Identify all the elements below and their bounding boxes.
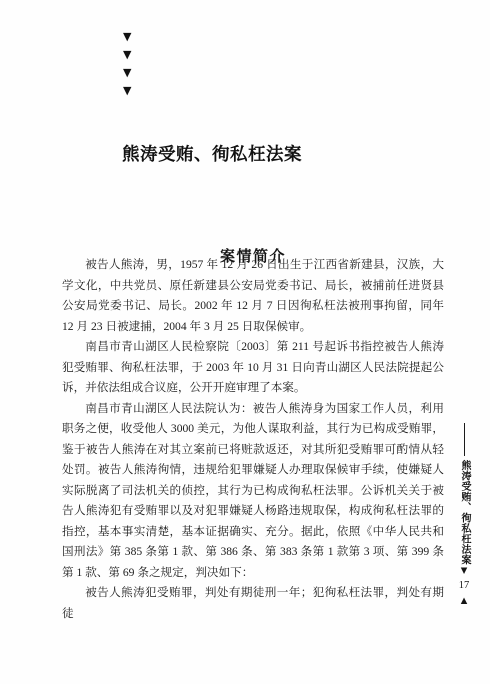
paragraph-verdict: 被告人熊涛犯受贿罪，判处有期徒刑一年；犯徇私枉法罪，判处有期徒 xyxy=(62,583,444,624)
triangle-up-icon: ▲ xyxy=(461,596,468,607)
triangle-down-icon: ▼ xyxy=(461,566,468,577)
book-page: ▼ ▼ ▼ ▼ 熊涛受贿、徇私枉法案 案情简介 被告人熊涛，男，1957 年 1… xyxy=(0,0,490,684)
triangle-down-icon: ▼ xyxy=(123,28,131,46)
paragraph-indictment: 南昌市青山湖区人民检察院〔2003〕第 211 号起诉书指控被告人熊涛犯受贿罪、… xyxy=(62,337,444,399)
triangle-down-icon: ▼ xyxy=(123,46,131,64)
triangle-down-icon: ▼ xyxy=(123,82,131,100)
chapter-marker-column: ▼ ▼ ▼ ▼ xyxy=(123,28,131,100)
case-summary-text: 被告人熊涛，男，1957 年 12 月 26 日出生于江西省新建县，汉族，大学文… xyxy=(62,255,444,624)
sidebar-rule-line xyxy=(464,423,465,456)
paragraph-defendant-info: 被告人熊涛，男，1957 年 12 月 26 日出生于江西省新建县，汉族，大学文… xyxy=(62,255,444,337)
running-title-vertical: 熊涛受贿、徇私枉法案 xyxy=(455,460,473,565)
case-title: 熊涛受贿、徇私枉法案 xyxy=(122,141,302,166)
page-number: 17 xyxy=(459,579,470,592)
paragraph-court-opinion: 南昌市青山湖区人民法院认为：被告人熊涛身为国家工作人员，利用职务之便，收受他人 … xyxy=(62,399,444,584)
page-margin-sidebar: 熊涛受贿、徇私枉法案 ▼ 17 ▲ xyxy=(455,423,473,607)
triangle-down-icon: ▼ xyxy=(123,64,131,82)
